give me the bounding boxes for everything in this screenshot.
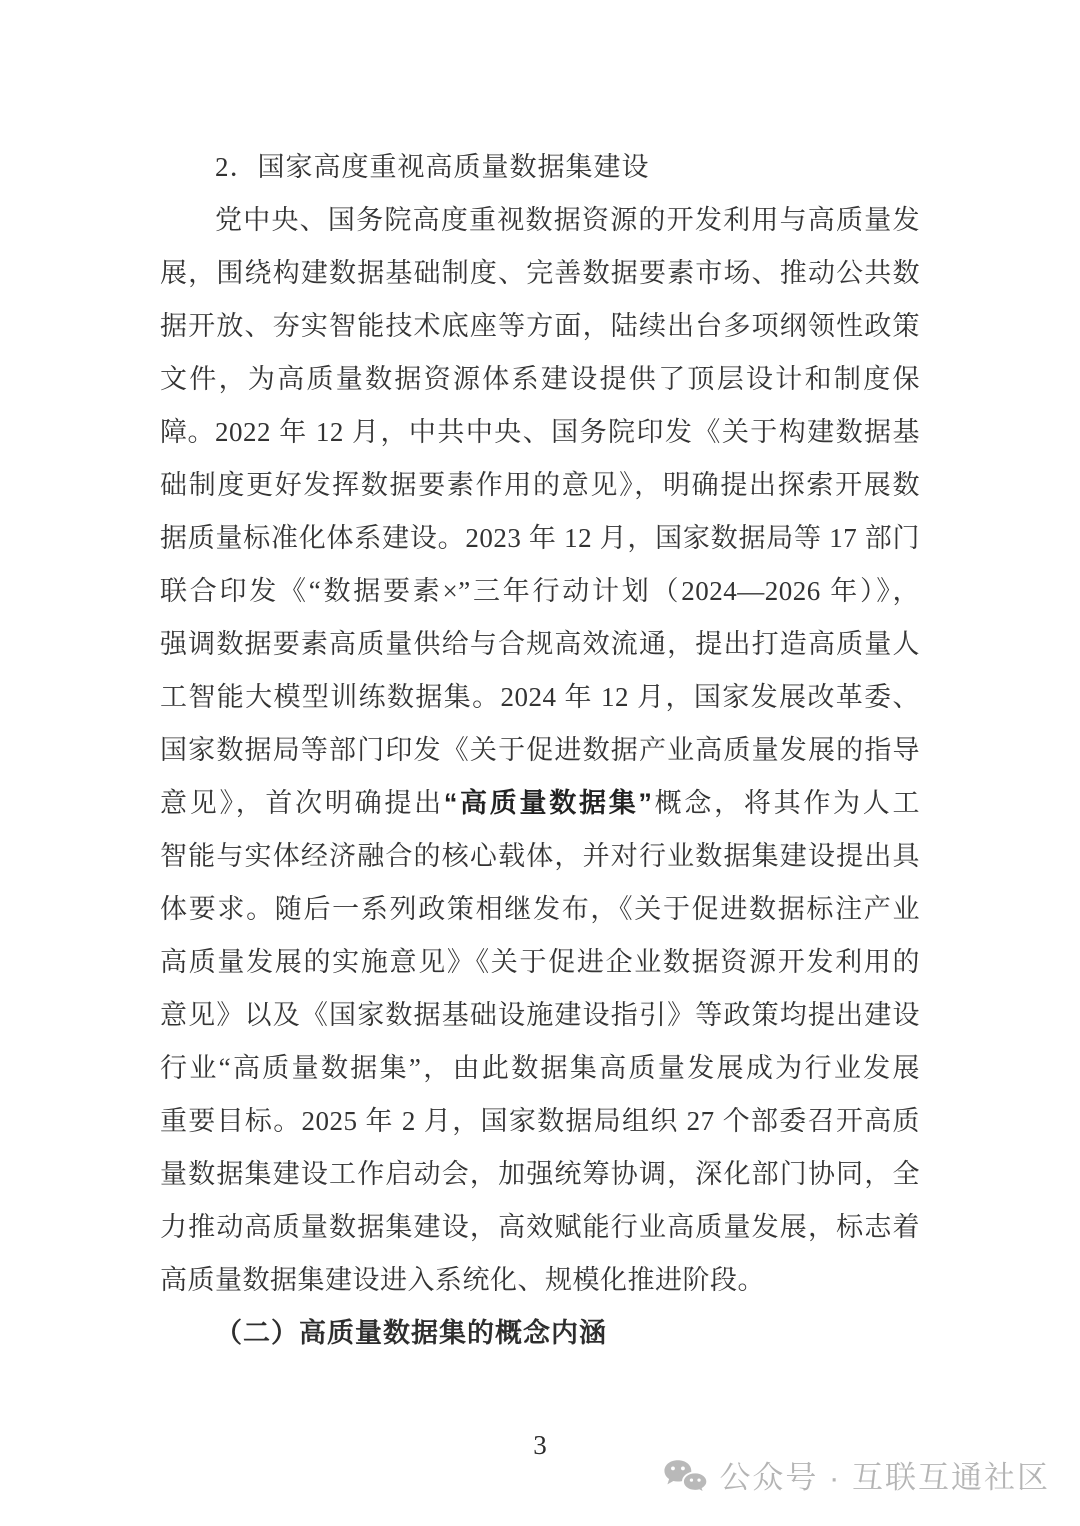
text-line: 联合印发《“数据要素×”三年行动计划（2024—2026 年）》， [160, 565, 920, 618]
text-line: 智能与实体经济融合的核心载体，并对行业数据集建设提出具 [160, 830, 920, 883]
text-line: 2022 年 12 月，中共中央、国务院印发《关于构建数据基 [160, 406, 920, 459]
text-segment: 高质量数据集建设进入系统化、规模化推进阶段。 [160, 1265, 765, 1295]
document-body: 2．国家高度重视高质量数据集建设党中央、国务院高度重视数据资源的开发利用与高质量… [160, 141, 920, 1360]
text-line: 展，围绕构建数据基础制度、完善数据要素市场、推动公共数 [160, 247, 920, 300]
text-segment: 础制度更好发挥数据要素作用的意见》，明确提出探索开展数 [160, 470, 920, 500]
text-segment: 强调数据要素高质量供给与合规高效流通，提出打造高质量人 [160, 629, 920, 659]
text-segment: 据开放、夯实智能技术底座等方面，陆续出台多项纲领性政策 [160, 311, 920, 341]
text-segment: 2．国家高度重视高质量数据集建设 [215, 152, 650, 182]
text-segment: 概念，将其作为人工 [652, 788, 920, 818]
text-segment: 国家数据局等部门印发《关于促进数据产业高质量发展的指导 [160, 735, 920, 765]
document-page: 2．国家高度重视高质量数据集建设党中央、国务院高度重视数据资源的开发利用与高质量… [0, 0, 1080, 1526]
text-line: 据开放、夯实智能技术底座等方面，陆续出台多项纲领性政策 [160, 300, 920, 353]
text-segment: 智能与实体经济融合的核心载体，并对行业数据集建设提出具 [160, 841, 920, 871]
text-line: 行业“高质量数据集”，由此数据集高质量发展成为行业发展 [160, 1042, 920, 1095]
text-segment: （二）高质量数据集的概念内涵 [215, 1318, 607, 1348]
text-segment: 意见》以及《国家数据基础设施建设指引》等政策均提出建设 [160, 1000, 920, 1030]
text-segment: 力推动高质量数据集建设，高效赋能行业高质量发展，标志着 [160, 1212, 920, 1242]
text-line: 据质量标准化体系建设。2023 年 12 月，国家数据局等 17 部门 [160, 512, 920, 565]
text-segment: 量数据集建设工作启动会，加强统筹协调，深化部门协同，全 [160, 1159, 920, 1189]
text-segment: 重要目标。2025 年 2 月，国家数据局组织 27 个部委召开高质 [160, 1106, 920, 1136]
watermark-label: 公众号 · 互联互通社区 [719, 1458, 1050, 1498]
subsection-heading: （二）高质量数据集的概念内涵 [160, 1307, 920, 1360]
text-segment: 意见》，首次明确提出 [160, 788, 444, 818]
text-line: 工智能大模型训练数据集。2024 年 12 月，国家发展改革委、 [160, 671, 920, 724]
text-line: 高质量发展的实施意见》《关于促进企业数据资源开发利用的 [160, 936, 920, 989]
text-line: 量数据集建设工作启动会，加强统筹协调，深化部门协同，全 [160, 1148, 920, 1201]
text-line: 强调数据要素高质量供给与合规高效流通，提出打造高质量人 [160, 618, 920, 671]
text-line: 体要求。随后一系列政策相继发布，《关于促进数据标注产业 [160, 883, 920, 936]
text-line: 意见》以及《国家数据基础设施建设指引》等政策均提出建设 [160, 989, 920, 1042]
text-segment: 工智能大模型训练数据集。2024 年 12 月，国家发展改革委、 [160, 682, 920, 712]
text-segment: 体要求。随后一系列政策相继发布，《关于促进数据标注产业 [160, 894, 920, 924]
text-line: 力推动高质量数据集建设，高效赋能行业高质量发展，标志着 [160, 1201, 920, 1254]
text-line: 国家数据局等部门印发《关于促进数据产业高质量发展的指导 [160, 724, 920, 777]
text-line: 文件，为高质量数据资源体系建设提供了顶层设计和制度保障。 [160, 353, 920, 406]
text-segment: 据质量标准化体系建设。2023 年 12 月，国家数据局等 17 部门 [160, 523, 920, 553]
text-segment: 高质量发展的实施意见》《关于促进企业数据资源开发利用的 [160, 947, 920, 977]
highlighted-term: “高质量数据集” [444, 788, 653, 818]
text-segment: 行业“高质量数据集”，由此数据集高质量发展成为行业发展 [160, 1053, 920, 1083]
section-heading: 2．国家高度重视高质量数据集建设 [160, 141, 920, 194]
text-line: 高质量数据集建设进入系统化、规模化推进阶段。 [160, 1254, 920, 1307]
text-line: 党中央、国务院高度重视数据资源的开发利用与高质量发 [160, 194, 920, 247]
text-segment: 党中央、国务院高度重视数据资源的开发利用与高质量发 [215, 205, 920, 235]
wechat-icon [663, 1458, 709, 1498]
text-segment: 2022 年 12 月，中共中央、国务院印发《关于构建数据基 [215, 417, 920, 447]
page-number: 3 [0, 1430, 1080, 1461]
text-segment: 联合印发《“数据要素×”三年行动计划（2024—2026 年）》， [160, 576, 920, 606]
text-line: 重要目标。2025 年 2 月，国家数据局组织 27 个部委召开高质 [160, 1095, 920, 1148]
text-line: 础制度更好发挥数据要素作用的意见》，明确提出探索开展数 [160, 459, 920, 512]
watermark: 公众号 · 互联互通社区 [663, 1458, 1050, 1498]
text-segment: 展，围绕构建数据基础制度、完善数据要素市场、推动公共数 [160, 258, 920, 288]
text-line: 意见》，首次明确提出“高质量数据集”概念，将其作为人工 [160, 777, 920, 830]
